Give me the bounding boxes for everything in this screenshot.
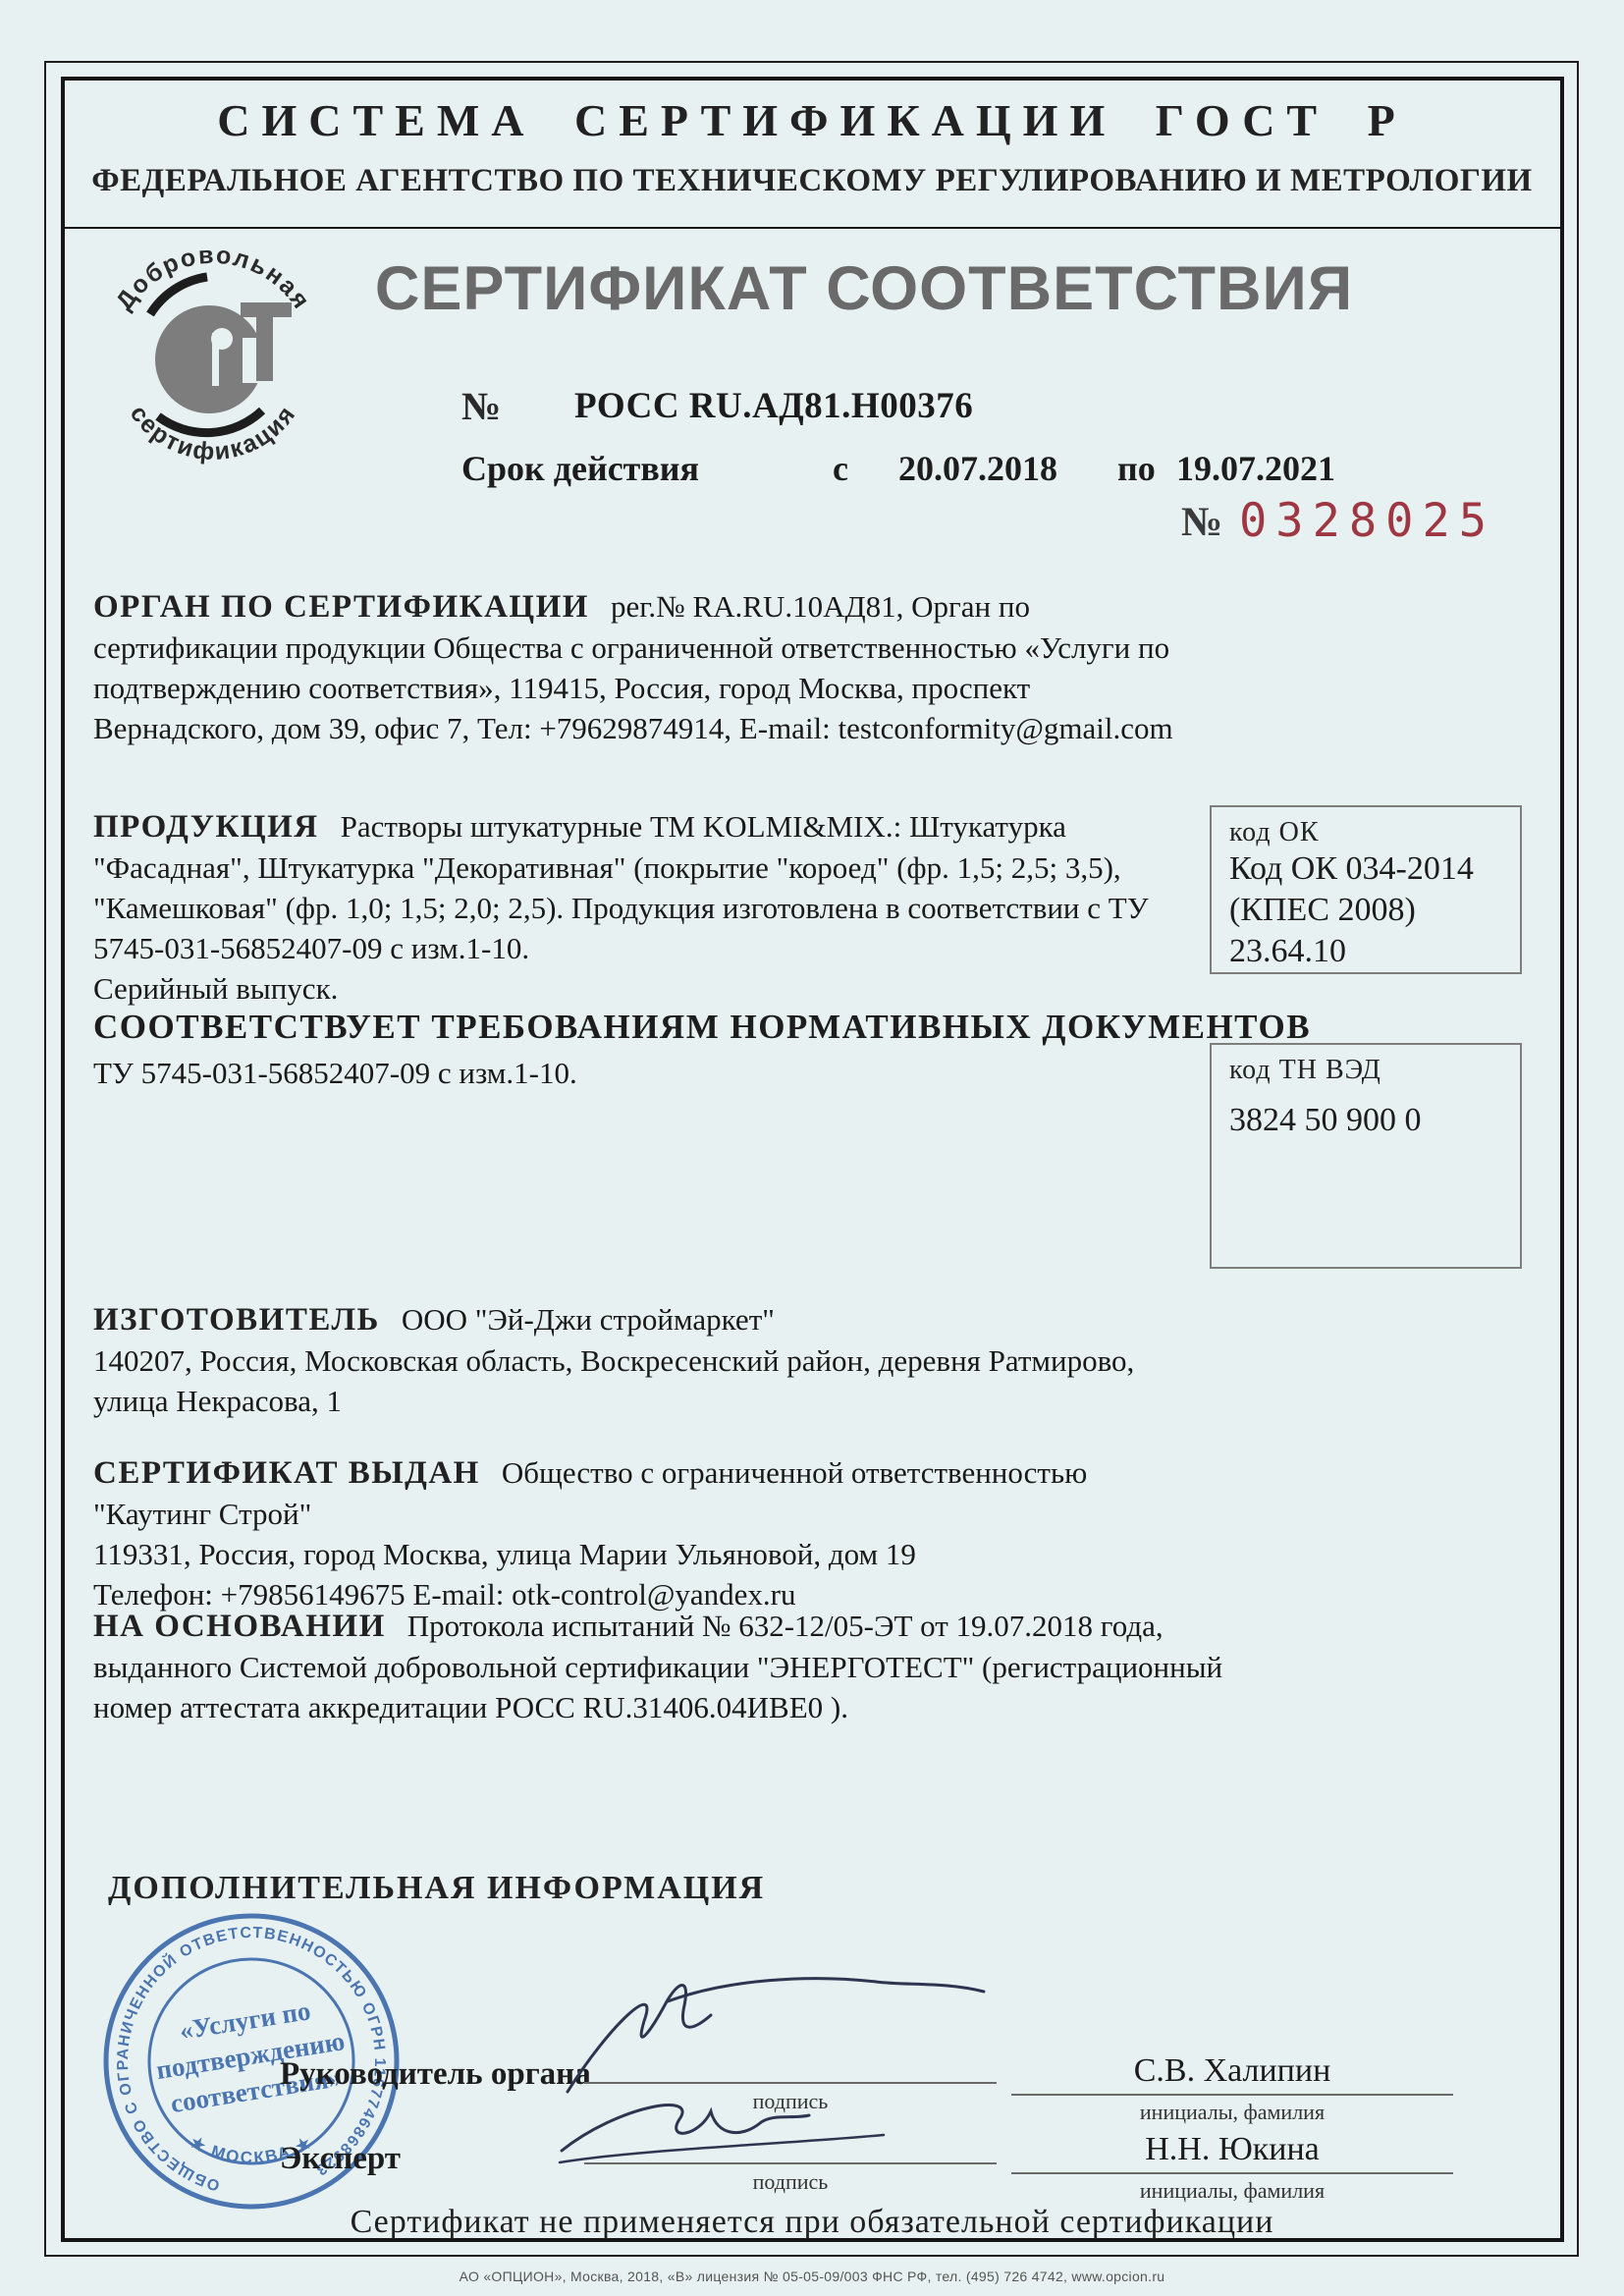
ok-code-line-1: Код ОК 034-2014 xyxy=(1229,848,1502,890)
ok-code-line-3: 23.64.10 xyxy=(1229,931,1502,972)
product-label: ПРОДУКЦИЯ xyxy=(93,809,341,845)
validity-label: Срок действия xyxy=(461,448,699,489)
cert-number-label: № xyxy=(461,383,501,429)
system-title: СИСТЕМА СЕРТИФИКАЦИИ ГОСТ Р xyxy=(0,94,1624,146)
additional-info-heading: ДОПОЛНИТЕЛЬНАЯ ИНФОРМАЦИЯ xyxy=(108,1870,765,1907)
conforms-text: ТУ 5745-031-56852407-09 с изм.1-10. xyxy=(93,1053,1173,1093)
validity-from-label: с xyxy=(833,448,848,489)
issued-to-address: 119331, Россия, город Москва, улица Мари… xyxy=(93,1537,916,1571)
certification-body-section: ОРГАН ПО СЕРТИФИКАЦИИрег.№ RA.RU.10АД81,… xyxy=(93,586,1203,748)
manufacturer-address: 140207, Россия, Московская область, Воск… xyxy=(93,1343,1134,1418)
expert-name-caption: инициалы, фамилия xyxy=(1011,2178,1453,2204)
header-divider xyxy=(65,227,1560,229)
expert-name-line xyxy=(1011,2172,1453,2174)
expert-role-label: Эксперт xyxy=(280,2141,401,2177)
product-serial-text: Серийный выпуск. xyxy=(93,971,338,1006)
manufacturer-label: ИЗГОТОВИТЕЛЬ xyxy=(93,1302,402,1338)
tnved-box-value: 3824 50 900 0 xyxy=(1229,1100,1502,1141)
certification-body-label: ОРГАН ПО СЕРТИФИКАЦИИ xyxy=(93,589,611,625)
document-title: СЕРТИФИКАТ СООТВЕТСТВИЯ xyxy=(344,253,1384,324)
head-role-label: Руководитель органа xyxy=(280,2056,591,2093)
validity-to-date: 19.07.2021 xyxy=(1176,448,1335,489)
footnote: Сертификат не применяется при обязательн… xyxy=(0,2204,1624,2241)
tnved-box-label: код ТН ВЭД xyxy=(1229,1055,1502,1086)
basis-section: НА ОСНОВАНИИПротокола испытаний № 632-12… xyxy=(93,1606,1232,1727)
rst-mark xyxy=(150,277,292,433)
agency-line: ФЕДЕРАЛЬНОЕ АГЕНТСТВО ПО ТЕХНИЧЕСКОМУ РЕ… xyxy=(0,163,1624,199)
head-signature xyxy=(550,1972,1001,2100)
product-section: ПРОДУКЦИЯРастворы штукатурные ТМ KOLMI&M… xyxy=(93,806,1159,1009)
basis-label: НА ОСНОВАНИИ xyxy=(93,1609,407,1644)
expert-signature-caption: подпись xyxy=(584,2169,997,2195)
head-name: С.В. Халипин xyxy=(1011,2052,1453,2090)
form-number-value: 0328025 xyxy=(1239,494,1495,548)
print-footer: АО «ОПЦИОН», Москва, 2018, «В» лицензия … xyxy=(0,2269,1624,2284)
head-name-caption: инициалы, фамилия xyxy=(1011,2100,1453,2125)
expert-signature xyxy=(550,2090,962,2180)
conforms-heading: СООТВЕТСТВУЕТ ТРЕБОВАНИЯМ НОРМАТИВНЫХ ДО… xyxy=(93,1008,1546,1047)
manufacturer-name: ООО "Эй-Джи строймаркет" xyxy=(402,1302,775,1337)
head-name-line xyxy=(1011,2094,1453,2096)
manufacturer-section: ИЗГОТОВИТЕЛЬООО "Эй-Джи строймаркет"1402… xyxy=(93,1299,1203,1421)
ok-code-box: код ОК Код ОК 034-2014 (КПЕС 2008) 23.64… xyxy=(1210,805,1522,974)
ok-code-line-2: (КПЕС 2008) xyxy=(1229,890,1502,931)
issued-to-label: СЕРТИФИКАТ ВЫДАН xyxy=(93,1455,502,1491)
rst-voluntary-certification-logo: Добровольная сертификация xyxy=(93,242,341,469)
cert-number-value: РОСС RU.АД81.Н00376 xyxy=(574,385,973,427)
validity-from-date: 20.07.2018 xyxy=(898,448,1057,489)
form-number-label: № xyxy=(1181,499,1222,546)
validity-to-label: по xyxy=(1117,448,1156,489)
certificate-page: { "header": { "system": "СИСТЕМА СЕРТИФИ… xyxy=(0,0,1624,2296)
issued-to-section: СЕРТИФИКАТ ВЫДАНОбщество с ограниченной … xyxy=(93,1452,1213,1614)
ok-code-box-label: код ОК xyxy=(1229,817,1502,848)
expert-name: Н.Н. Юкина xyxy=(1011,2131,1453,2168)
tnved-code-box: код ТН ВЭД 3824 50 900 0 xyxy=(1210,1043,1522,1269)
expert-signature-line xyxy=(584,2162,997,2164)
head-signature-line xyxy=(584,2082,997,2084)
